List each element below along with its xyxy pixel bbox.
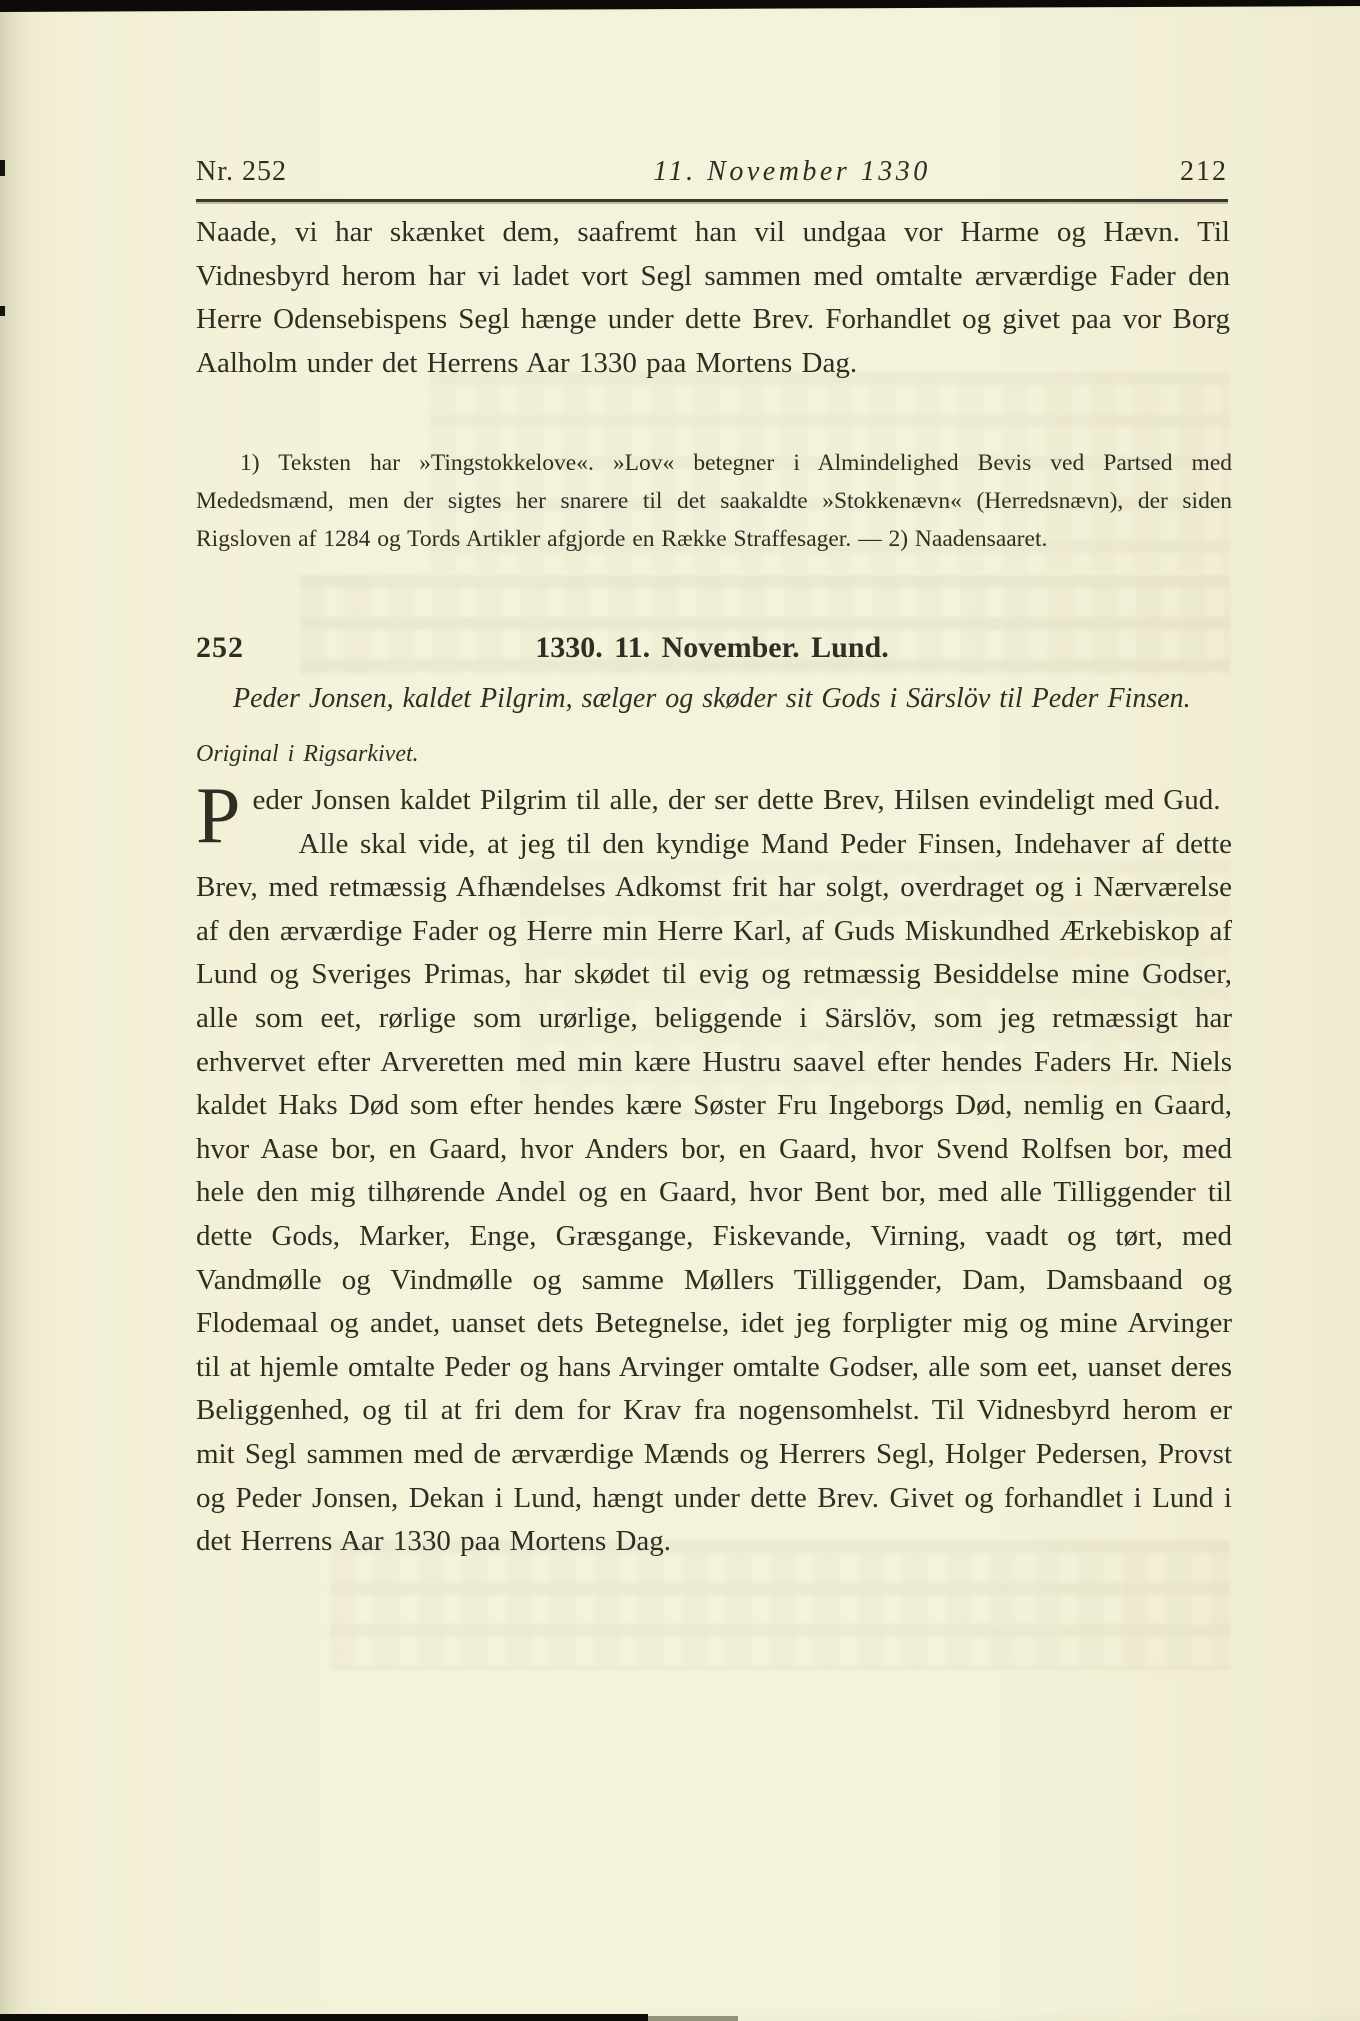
footnotes: 1) Teksten har »Tingstokkelove«. »Lov« b… xyxy=(196,444,1232,558)
continuation-paragraph: Naade, vi har skænket dem, saafremt han … xyxy=(196,211,1230,385)
scanner-edge-bottom xyxy=(0,2014,648,2021)
record-number: 252 xyxy=(196,631,244,665)
scanned-book-page: Nr. 252 11. November 1330 212 Naade, vi … xyxy=(0,0,1360,2021)
record-heading-row: 252 1330. 11. November. Lund. xyxy=(196,631,1228,665)
record-regest: Peder Jonsen, kaldet Pilgrim, sælger og … xyxy=(233,683,1233,715)
scanner-edge-bottom-fade xyxy=(648,2016,738,2021)
scan-artifact xyxy=(0,306,5,316)
record-date-place: 1330. 11. November. Lund. xyxy=(196,631,1228,665)
opening-text: eder Jonsen kaldet Pilgrim til alle, der… xyxy=(253,784,1221,816)
opening-paragraph: Peder Jonsen kaldet Pilgrim til alle, de… xyxy=(196,779,1232,823)
document-number-label: Nr. 252 xyxy=(196,156,416,188)
record-source: Original i Rigsarkivet. xyxy=(196,741,419,768)
record-body: Peder Jonsen kaldet Pilgrim til alle, de… xyxy=(196,779,1232,1564)
header-rule xyxy=(196,199,1228,202)
page-header: Nr. 252 11. November 1330 212 xyxy=(196,156,1228,188)
drop-cap: P xyxy=(196,779,253,849)
running-head-date: 11. November 1330 xyxy=(446,156,1138,188)
main-paragraph: Alle skal vide, at jeg til den kyndige M… xyxy=(196,823,1232,1564)
scan-artifact xyxy=(0,160,5,176)
